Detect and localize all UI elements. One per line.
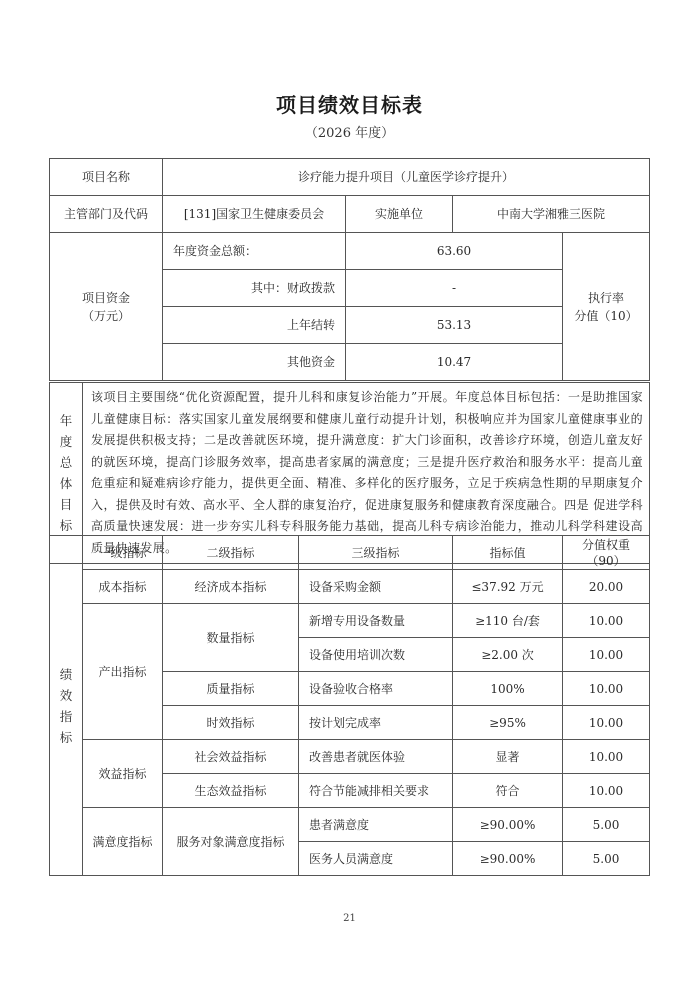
performance-indicators-table: 绩 效 指 标 一级指标 二级指标 三级指标 指标值 分值权重 （90） 成本指… bbox=[49, 535, 650, 876]
fund-value: 53.13 bbox=[346, 307, 563, 344]
funds-label: 项目资金 （万元） bbox=[50, 233, 163, 381]
funds-label-line2: （万元） bbox=[50, 307, 162, 325]
level2-cell: 质量指标 bbox=[163, 672, 299, 706]
page-number: 21 bbox=[0, 913, 699, 924]
level2-cell: 社会效益指标 bbox=[163, 740, 299, 774]
project-name-label: 项目名称 bbox=[50, 159, 163, 196]
table-row: 效益指标 社会效益指标 改善患者就医体验 显著 10.00 bbox=[50, 740, 650, 774]
label-char: 标 bbox=[50, 515, 82, 536]
level3-cell: 按计划完成率 bbox=[299, 706, 453, 740]
label-char: 体 bbox=[50, 473, 82, 494]
fund-value: - bbox=[346, 270, 563, 307]
level2-cell: 数量指标 bbox=[163, 604, 299, 672]
label-char: 目 bbox=[50, 494, 82, 515]
weight-cell: 10.00 bbox=[563, 638, 650, 672]
project-name-value: 诊疗能力提升项目（儿童医学诊疗提升） bbox=[163, 159, 650, 196]
project-info-table: 项目名称 诊疗能力提升项目（儿童医学诊疗提升） 主管部门及代码 [131]国家卫… bbox=[49, 158, 650, 381]
value-cell: 100% bbox=[453, 672, 563, 706]
weight-cell: 5.00 bbox=[563, 808, 650, 842]
header-weight: 分值权重 （90） bbox=[563, 536, 650, 570]
fund-label: 上年结转 bbox=[163, 307, 346, 344]
funds-label-line1: 项目资金 bbox=[50, 289, 162, 307]
document-title: 项目绩效目标表 bbox=[0, 89, 699, 118]
weight-cell: 10.00 bbox=[563, 774, 650, 808]
weight-cell: 10.00 bbox=[563, 604, 650, 638]
label-char: 度 bbox=[50, 431, 82, 452]
level3-cell: 新增专用设备数量 bbox=[299, 604, 453, 638]
level1-cell: 成本指标 bbox=[83, 570, 163, 604]
value-cell: ≥110 台/套 bbox=[453, 604, 563, 638]
level3-cell: 患者满意度 bbox=[299, 808, 453, 842]
label-char: 效 bbox=[50, 685, 82, 706]
project-name-row: 项目名称 诊疗能力提升项目（儿童医学诊疗提升） bbox=[50, 159, 650, 196]
header-weight-line1: 分值权重 bbox=[563, 537, 649, 553]
label-char: 标 bbox=[50, 727, 82, 748]
label-char: 指 bbox=[50, 706, 82, 727]
level1-cell: 效益指标 bbox=[83, 740, 163, 808]
header-level1: 一级指标 bbox=[83, 536, 163, 570]
implementing-unit-label: 实施单位 bbox=[346, 196, 453, 233]
weight-cell: 10.00 bbox=[563, 706, 650, 740]
level3-cell: 设备采购金额 bbox=[299, 570, 453, 604]
weight-cell: 10.00 bbox=[563, 672, 650, 706]
value-cell: 显著 bbox=[453, 740, 563, 774]
performance-label: 绩 效 指 标 bbox=[50, 536, 83, 876]
label-char: 总 bbox=[50, 452, 82, 473]
weight-cell: 5.00 bbox=[563, 842, 650, 876]
fund-label: 年度资金总额： bbox=[163, 233, 346, 270]
header-level2: 二级指标 bbox=[163, 536, 299, 570]
value-cell: ≤37.92 万元 bbox=[453, 570, 563, 604]
level3-cell: 医务人员满意度 bbox=[299, 842, 453, 876]
weight-cell: 20.00 bbox=[563, 570, 650, 604]
table-row: 产出指标 数量指标 新增专用设备数量 ≥110 台/套 10.00 bbox=[50, 604, 650, 638]
department-value: [131]国家卫生健康委员会 bbox=[163, 196, 346, 233]
header-weight-line2: （90） bbox=[563, 553, 649, 569]
header-level3: 三级指标 bbox=[299, 536, 453, 570]
level3-cell: 设备验收合格率 bbox=[299, 672, 453, 706]
value-cell: ≥90.00% bbox=[453, 808, 563, 842]
value-cell: ≥95% bbox=[453, 706, 563, 740]
value-cell: 符合 bbox=[453, 774, 563, 808]
execution-rate-score: 执行率 分值（10） bbox=[563, 233, 650, 381]
level2-cell: 生态效益指标 bbox=[163, 774, 299, 808]
fund-label: 其中：财政拨款 bbox=[163, 270, 346, 307]
level3-cell: 符合节能减排相关要求 bbox=[299, 774, 453, 808]
level3-cell: 设备使用培训次数 bbox=[299, 638, 453, 672]
level2-cell: 经济成本指标 bbox=[163, 570, 299, 604]
document-year: （2026 年度） bbox=[0, 122, 699, 141]
level1-cell: 满意度指标 bbox=[83, 808, 163, 876]
header-value: 指标值 bbox=[453, 536, 563, 570]
fund-value: 63.60 bbox=[346, 233, 563, 270]
weight-cell: 10.00 bbox=[563, 740, 650, 774]
department-label: 主管部门及代码 bbox=[50, 196, 163, 233]
label-char: 年 bbox=[50, 410, 82, 431]
implementing-unit-value: 中南大学湘雅三医院 bbox=[453, 196, 650, 233]
execution-rate-line2: 分值（10） bbox=[563, 307, 649, 325]
level2-cell: 时效指标 bbox=[163, 706, 299, 740]
value-cell: ≥90.00% bbox=[453, 842, 563, 876]
table-row: 满意度指标 服务对象满意度指标 患者满意度 ≥90.00% 5.00 bbox=[50, 808, 650, 842]
fund-row-total: 项目资金 （万元） 年度资金总额： 63.60 执行率 分值（10） bbox=[50, 233, 650, 270]
level1-cell: 产出指标 bbox=[83, 604, 163, 740]
label-char: 绩 bbox=[50, 664, 82, 685]
level2-cell: 服务对象满意度指标 bbox=[163, 808, 299, 876]
department-row: 主管部门及代码 [131]国家卫生健康委员会 实施单位 中南大学湘雅三医院 bbox=[50, 196, 650, 233]
execution-rate-line1: 执行率 bbox=[563, 289, 649, 307]
table-row: 成本指标 经济成本指标 设备采购金额 ≤37.92 万元 20.00 bbox=[50, 570, 650, 604]
fund-value: 10.47 bbox=[346, 344, 563, 381]
value-cell: ≥2.00 次 bbox=[453, 638, 563, 672]
perf-header-row: 绩 效 指 标 一级指标 二级指标 三级指标 指标值 分值权重 （90） bbox=[50, 536, 650, 570]
fund-label: 其他资金 bbox=[163, 344, 346, 381]
level3-cell: 改善患者就医体验 bbox=[299, 740, 453, 774]
